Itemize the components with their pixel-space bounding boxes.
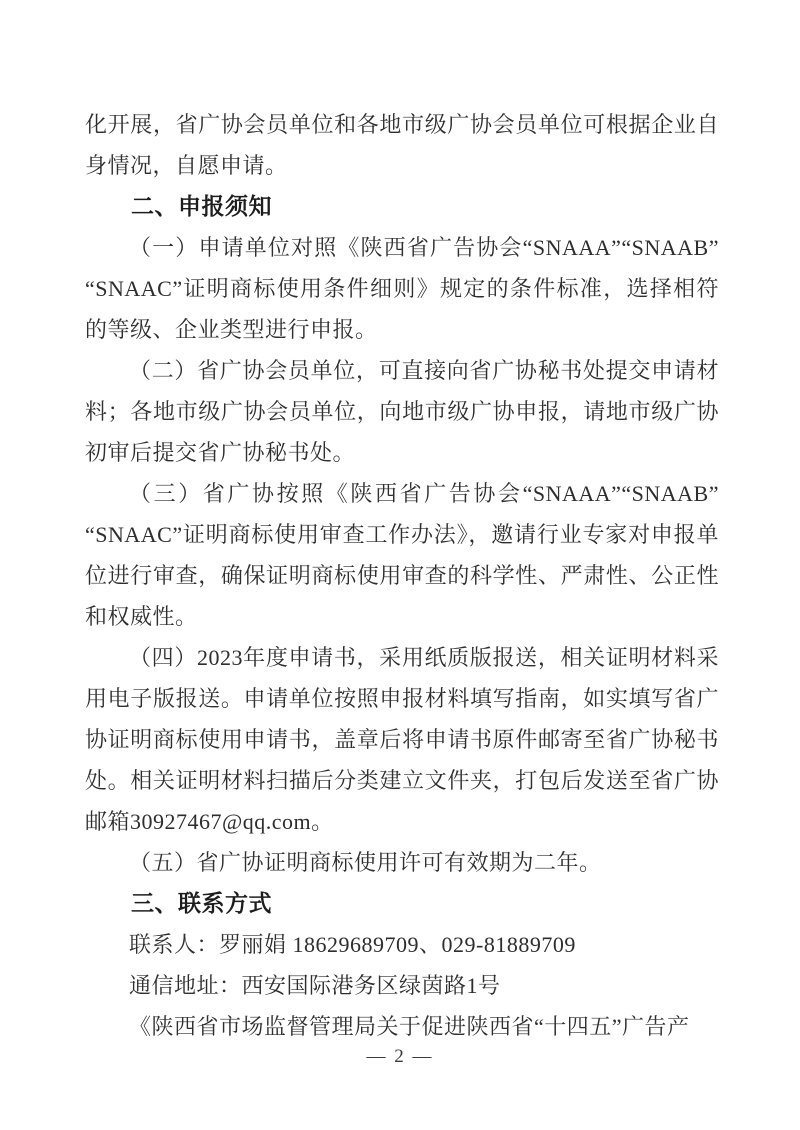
page-footer: — 2 — xyxy=(0,1046,800,1068)
paragraph-item-4: （四）2023年度申请书，采用纸质版报送，相关证明材料采用电子版报送。申请单位按… xyxy=(85,637,719,842)
document-page: 化开展，省广协会员单位和各地市级广协会员单位可根据企业自身情况，自愿申请。 二、… xyxy=(0,0,800,1130)
paragraph-mailing-address: 通信地址：西安国际港务区绿茵路1号 xyxy=(85,965,719,1006)
document-body: 化开展，省广协会员单位和各地市级广协会员单位可根据企业自身情况，自愿申请。 二、… xyxy=(85,104,719,1047)
paragraph-item-5: （五）省广协证明商标使用许可有效期为二年。 xyxy=(85,842,719,883)
paragraph-item-2: （二）省广协会员单位，可直接向省广协秘书处提交申请材料；各地市级广协会员单位，向… xyxy=(85,350,719,473)
paragraph-contact-person: 联系人：罗丽娟 18629689709、029-81889709 xyxy=(85,924,719,965)
section-heading-contact-info: 三、联系方式 xyxy=(85,883,719,924)
paragraph-item-1: （一）申请单位对照《陕西省广告协会“SNAAA”“SNAAB”“SNAAC”证明… xyxy=(85,227,719,350)
paragraph-item-3: （三）省广协按照《陕西省广告协会“SNAAA”“SNAAB”“SNAAC”证明商… xyxy=(85,473,719,637)
paragraph-continuation: 化开展，省广协会员单位和各地市级广协会员单位可根据企业自身情况，自愿申请。 xyxy=(85,104,719,186)
paragraph-reference-document: 《陕西省市场监督管理局关于促进陕西省“十四五”广告产 xyxy=(85,1006,719,1047)
section-heading-application-notes: 二、申报须知 xyxy=(85,186,719,227)
page-number: — 2 — xyxy=(367,1046,434,1067)
